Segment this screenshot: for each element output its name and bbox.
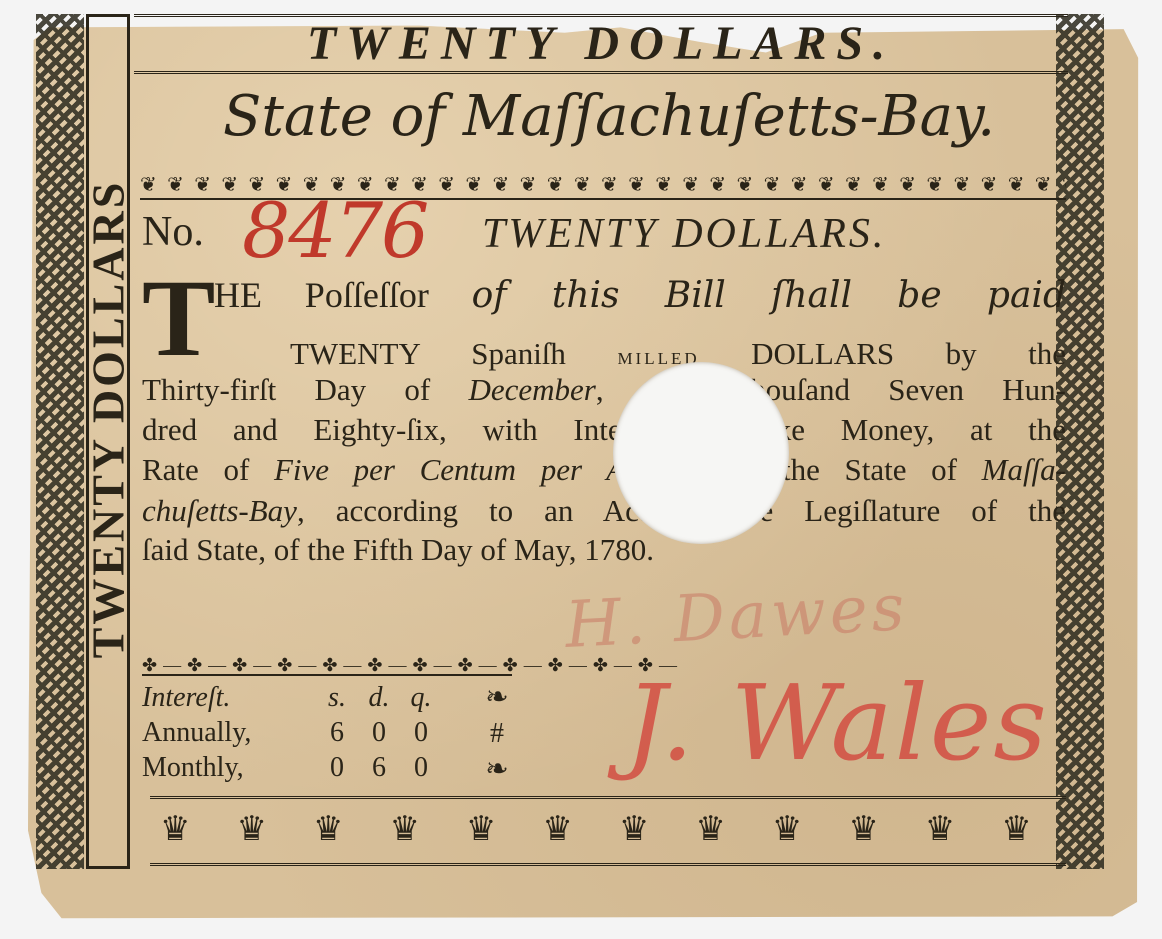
body-line: Thirty-firſt Day of December, One Thouſa…	[142, 372, 1066, 410]
cell-value: 0	[362, 715, 404, 750]
cell-value: 6	[320, 715, 362, 750]
interest-table: ✤—✤—✤—✤—✤—✤—✤—✤—✤—✤—✤—✤— Intereſt. s. d.…	[142, 656, 512, 786]
cell-value: 0	[404, 750, 446, 785]
number-line: No. 8476 TWENTY DOLLARS.	[142, 196, 1066, 266]
body-line: dred and Eighty-ſix, with Intereſt in li…	[142, 412, 1066, 450]
column-header: d.	[362, 680, 404, 715]
number-prefix: No.	[142, 208, 204, 256]
top-banner: TWENTY DOLLARS.	[134, 14, 1068, 74]
row-label: Annually,	[142, 715, 320, 750]
left-decorative-border	[36, 14, 84, 869]
body-line: ſaid State, of the Fifth Day of May, 178…	[142, 532, 882, 570]
cell-value: 0	[320, 750, 362, 785]
table-row: Annually, 6 0 0	[142, 715, 446, 750]
cancellation-hole	[613, 362, 789, 544]
body-line: HE Poſſeſſor of this Bill ſhall be paid	[214, 274, 1066, 312]
signature-wales: J. Wales	[625, 662, 1049, 784]
body-line: Rate of Five per Centum per Annum, by th…	[142, 452, 1066, 490]
interest-ornament: ✤—✤—✤—✤—✤—✤—✤—✤—✤—✤—✤—✤—	[142, 656, 512, 676]
row-label: Monthly,	[142, 750, 320, 785]
denomination-line: TWENTY DOLLARS.	[482, 210, 886, 258]
drop-cap: T	[142, 268, 215, 368]
column-header: s.	[320, 680, 362, 715]
cell-value: 6	[362, 750, 404, 785]
bottom-decorative-border: ♛♛♛♛♛♛♛♛♛♛♛♛♛♛♛♛♛♛♛♛	[150, 796, 1066, 866]
interest-header: Intereſt.	[142, 680, 320, 715]
side-text-label: TWENTY DOLLARS	[82, 180, 135, 659]
serial-number: 8476	[242, 186, 427, 275]
interest-header-row: Intereſt. s. d. q.	[142, 680, 446, 715]
ornament-column: ❧#❧	[482, 680, 512, 788]
body-line: chuſetts-Bay, according to an Act of the…	[142, 493, 1066, 531]
side-text: TWENTY DOLLARS	[86, 14, 130, 824]
cell-value: 0	[404, 715, 446, 750]
table-row: Monthly, 0 6 0	[142, 750, 446, 785]
document-title: State of Maſſachuſetts-Bay.	[150, 72, 1068, 162]
column-header: q.	[404, 680, 446, 715]
